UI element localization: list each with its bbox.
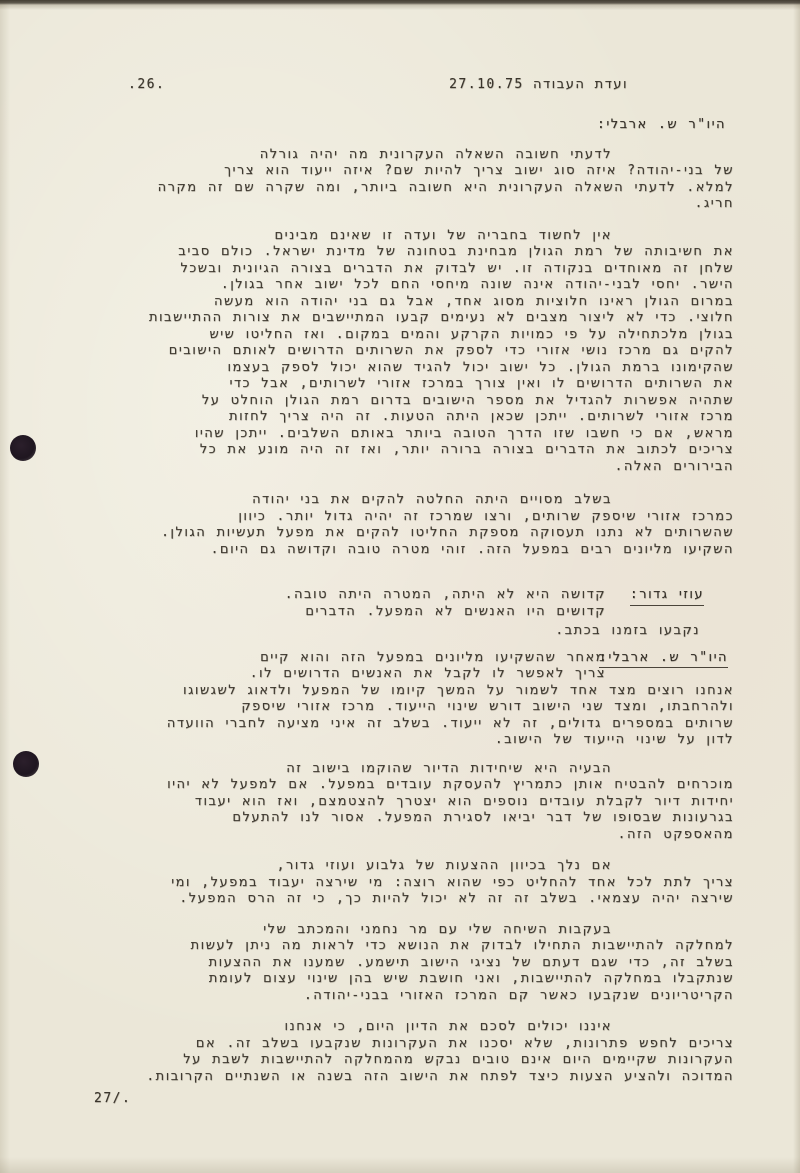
dialog-row-uzi-gadur: עוזי גדור: קדושה היא לא היתה, המטרה היתה…: [58, 587, 734, 620]
page-number: .26.: [128, 77, 165, 92]
speaker-heading-chair-2: היו"ר ש. ארבלי:: [599, 650, 728, 669]
speech-paragraph-3: בשלב מסויים היתה החלטה להקים את בני יהוד…: [58, 492, 734, 558]
speaker-name-uzi-gadur: עוזי גדור:: [630, 587, 704, 606]
punch-hole-top: [10, 435, 36, 461]
speech-paragraph-1: לדעתי חשובה השאלה העקרונית מה יהיה גורלה…: [58, 147, 734, 213]
speech-paragraph-2: אין לחשוד בחבריה של ועדה זו שאינם מבינים…: [58, 228, 734, 476]
speaker-name: היו"ר ש. ארבלי:: [597, 117, 726, 134]
speech-continuation-uzi-gadur: נקבעו בזמנו בכתב.: [58, 623, 700, 640]
next-page-mark: 27/.: [94, 1091, 131, 1106]
document-body: היו"ר ש. ארבלי: לדעתי חשובה השאלה העקרונ…: [58, 117, 734, 1085]
speech-paragraph-7: בעקבות השיחה שלי עם מר נחמני והמכתב שלי …: [58, 922, 734, 1005]
speech-paragraph-5: הבעיה היא שיחידות הדיור שהוקמו בישוב זה …: [58, 761, 734, 844]
speech-paragraph-6: אם נלך בכיוון ההצעות של גלבוע ועוזי גדור…: [58, 858, 734, 908]
speech-uzi-gadur: קדושה היא לא היתה, המטרה היתה טובה. קדוש…: [58, 587, 606, 620]
committee-date-header: ועדת העבודה 27.10.75: [449, 77, 628, 92]
speaker-heading-chair-1: היו"ר ש. ארבלי:: [58, 117, 734, 134]
scanned-protocol-page: .26. ועדת העבודה 27.10.75 היו"ר ש. ארבלי…: [0, 0, 800, 1173]
speech-lead-chair-2: מאחר שהשקיעו מליונים במפעל הזה והוא קיים…: [58, 650, 606, 683]
dialog-row-chair-2: היו"ר ש. ארבלי: מאחר שהשקיעו מליונים במפ…: [58, 650, 734, 683]
punch-hole-bottom: [13, 751, 39, 777]
speech-paragraph-4: אנחנו רוצים מצד אחד לשמור על המשך קיומו …: [58, 683, 734, 749]
speech-paragraph-8: איננו יכולים לסכם את הדיון היום, כי אנחנ…: [58, 1019, 734, 1085]
